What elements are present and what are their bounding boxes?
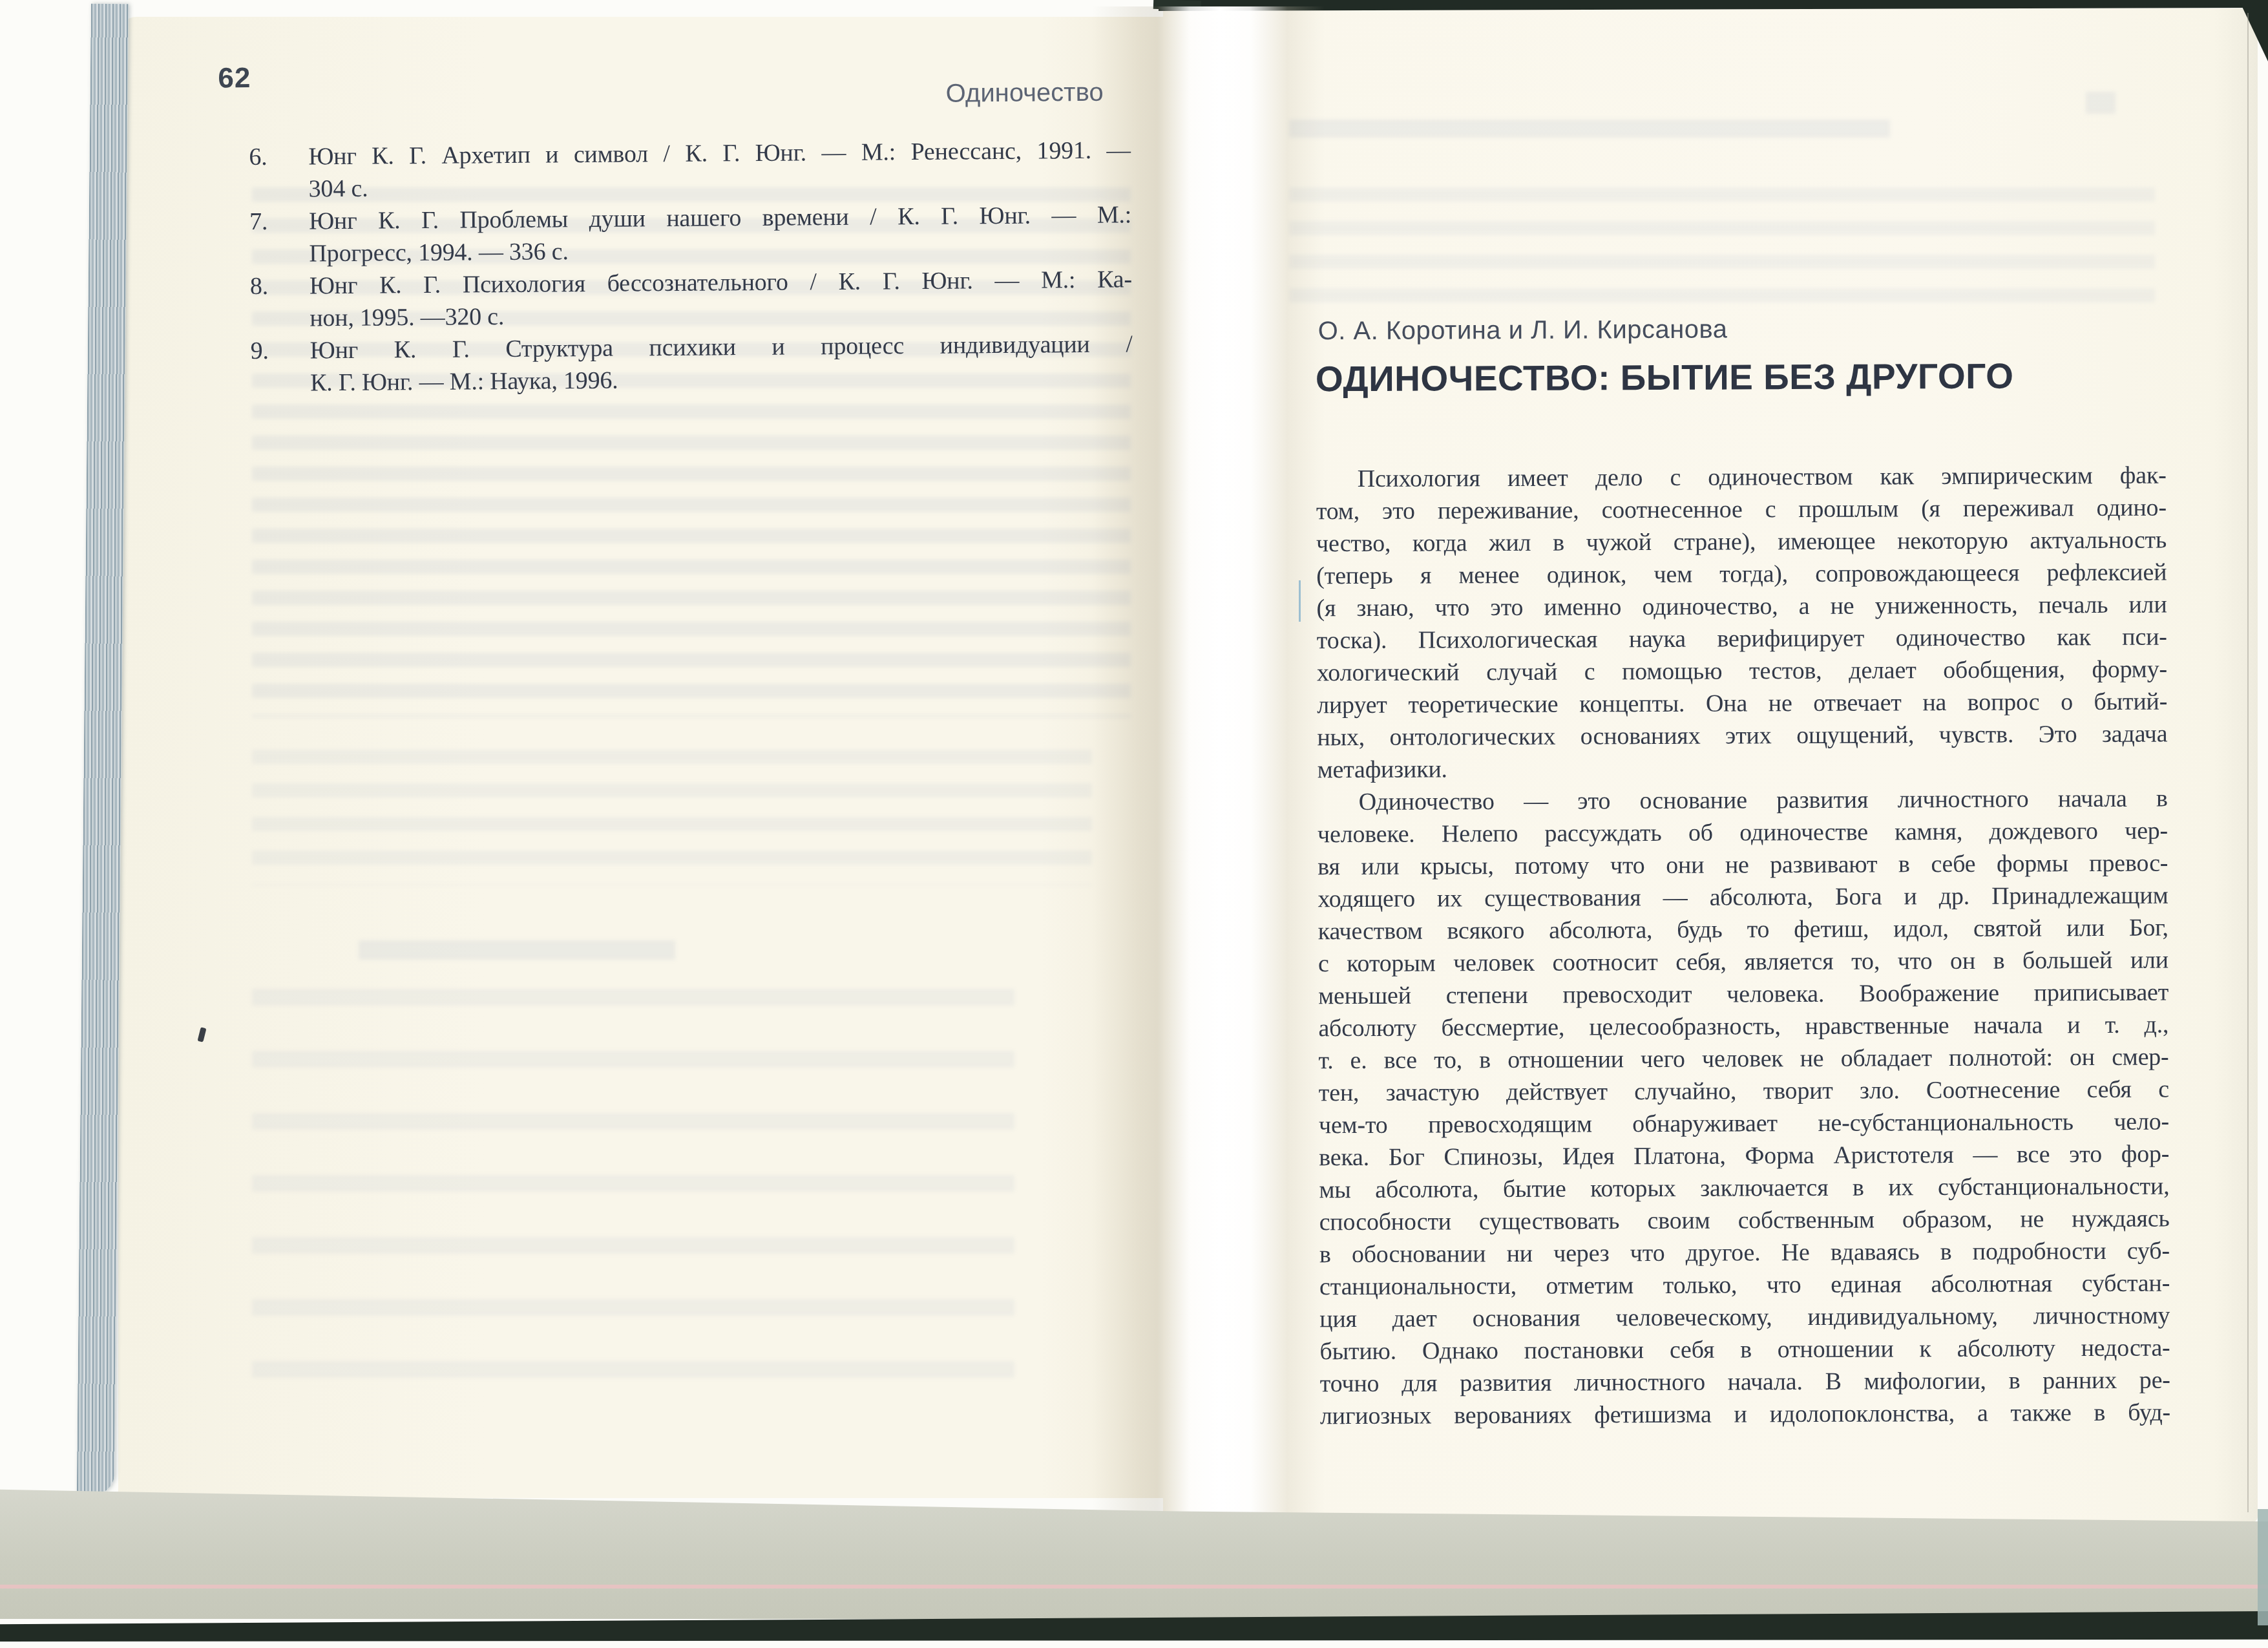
body-line: тен, зачастую действует случайно, творит… bbox=[1319, 1073, 2169, 1110]
body-line: бытию. Однако постановки себя в отношени… bbox=[1319, 1332, 2170, 1368]
body-line: мы абсолюта, бытие которых заключается в… bbox=[1319, 1170, 2169, 1207]
body-line: качеством всякого абсолюта, будь то фети… bbox=[1318, 912, 2168, 948]
body-line: ных, онтологических основаниях этих ощущ… bbox=[1317, 718, 2167, 754]
body-line: меньшей степени превосходит человека. Во… bbox=[1318, 977, 2168, 1013]
article-title: ОДИНОЧЕСТВО: БЫТИЕ БЕЗ ДРУГОГО bbox=[1316, 355, 2014, 400]
right-cover-edge bbox=[2258, 1509, 2268, 1625]
right-page-content: О. А. Коротина и Л. И. Кирсанова ОДИНОЧЕ… bbox=[0, 0, 2268, 1557]
body-line: точно для развития личностного начала. В… bbox=[1320, 1364, 2170, 1400]
body-line: (я знаю, что это именно одиночество, а н… bbox=[1316, 589, 2167, 625]
body-line: лирует теоретические концепты. Она не от… bbox=[1317, 686, 2167, 722]
body-line: с которым человек соотносит себя, являет… bbox=[1318, 944, 2168, 980]
scan-pink-line bbox=[0, 1585, 2268, 1589]
body-line: Психология имеет дело с одиночеством как… bbox=[1316, 460, 2167, 496]
body-line: том, это переживание, соотнесенное с про… bbox=[1316, 492, 2167, 528]
body-line: Одиночество — это основание развития лич… bbox=[1318, 783, 2168, 819]
body-line: т. е. все то, в отношении чего человек н… bbox=[1318, 1041, 2168, 1077]
body-line: ция дает основания человеческому, индиви… bbox=[1319, 1300, 2170, 1336]
body-line: тоска). Психологическая наука верифициру… bbox=[1317, 621, 2167, 657]
body-line: чем-то превосходящим обнаруживает не-суб… bbox=[1319, 1106, 2169, 1142]
body-line: станциональности, отметим только, что ед… bbox=[1319, 1267, 2170, 1304]
body-line: способности существовать своим собственн… bbox=[1319, 1203, 2170, 1239]
body-line: века. Бог Спинозы, Идея Платона, Форма А… bbox=[1319, 1138, 2169, 1174]
body-line: хологический случай с помощью тестов, де… bbox=[1317, 653, 2167, 690]
book-scan-canvas: 62 Одиночество 6.Юнг К. Г. Архетип и сим… bbox=[0, 0, 2268, 1648]
body-line: лигиозных верованиях фетишизма и идолопо… bbox=[1320, 1397, 2170, 1433]
authors-line: О. А. Коротина и Л. И. Кирсанова bbox=[1318, 315, 1728, 346]
body-line: чество, когда жил в чужой стране), имеющ… bbox=[1316, 524, 2167, 560]
body-line: в обосновании ни через что другое. Не вд… bbox=[1319, 1235, 2170, 1271]
body-line: (теперь я менее одинок, чем тогда), сопр… bbox=[1316, 556, 2167, 593]
body-line: человеке. Нелепо рассуждать об одиночест… bbox=[1318, 815, 2168, 851]
body-line: метафизики. bbox=[1317, 750, 2167, 787]
article-body: Психология имеет дело с одиночеством как… bbox=[1316, 460, 2171, 1433]
body-line: абсолюту бессмертие, целесообразность, н… bbox=[1318, 1009, 2168, 1045]
body-line: ходящего их существования — абсолюта, Бо… bbox=[1318, 880, 2168, 916]
body-line: вя или крысы, потому что они не развиваю… bbox=[1318, 847, 2168, 883]
